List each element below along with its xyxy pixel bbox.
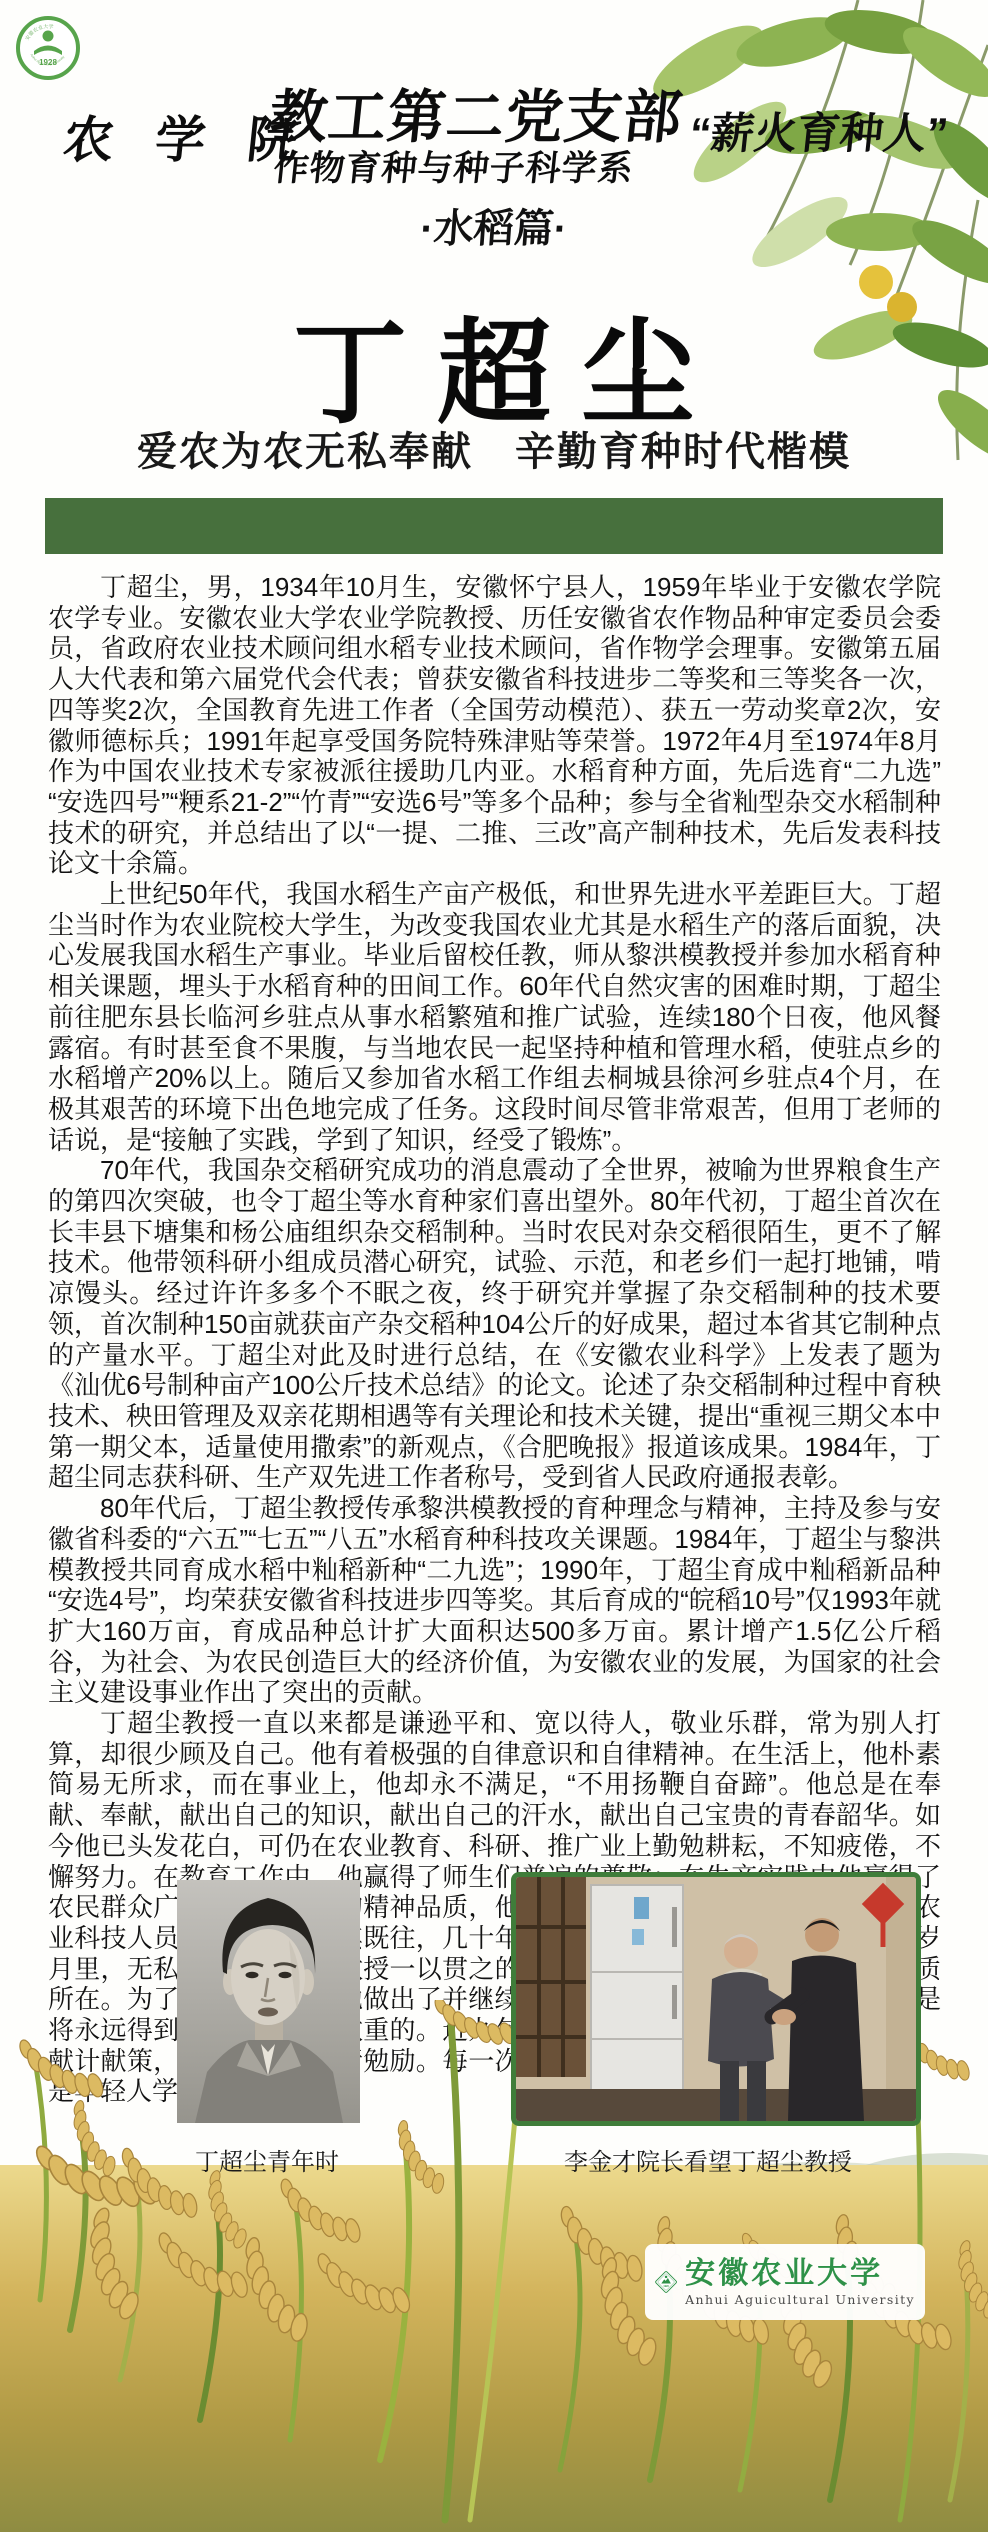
department-title: 作物育种与种子科学系: [271, 141, 636, 191]
left-photo-caption: 丁超尘青年时: [157, 2142, 377, 2177]
poster: 1928 安徽农业大学 Anhui Aguicultural Universit…: [0, 0, 988, 2532]
university-badge-icon: 1928 安徽农业大学 Anhui Aguicultural Universit…: [16, 16, 80, 80]
series-label: ·水稻篇·: [0, 197, 988, 254]
university-diamond-emblem-icon: 1928: [655, 2253, 677, 2311]
young-portrait-photo: [177, 1880, 360, 2123]
paragraph-4: 80年代后，丁超尘教授传承黎洪模教授的育种理念与精神，主持及参与安徽省科委的“六…: [48, 1493, 941, 1708]
university-name-cn: 安徽农业大学: [685, 2258, 915, 2290]
divider-bar: [45, 498, 943, 554]
university-name-en: Anhui Aguicultural University: [685, 2293, 915, 2306]
slogan: “薪火育种人”: [687, 100, 951, 161]
paragraph-3: 70年代，我国杂交稻研究成功的消息震动了全世界，被喻为世界粮食生产的第四次突破，…: [48, 1155, 941, 1493]
university-logo-box: 1928 安徽农业大学 Anhui Aguicultural Universit…: [645, 2244, 925, 2320]
visit-photo: [511, 1872, 921, 2126]
motto-subtitle: 爱农为农无私奉献 辛勤育种时代楷模: [0, 420, 988, 477]
paragraph-2: 上世纪50年代，我国水稻生产亩产极低，和世界先进水平差距巨大。丁超尘当时作为农业…: [48, 879, 941, 1155]
right-photo-caption: 李金才院长看望丁超尘教授: [558, 2142, 858, 2177]
emblem-year: 1928: [663, 2285, 669, 2288]
paragraph-1: 丁超尘，男，1934年10月生，安徽怀宁县人，1959年毕业于安徽农学院农学专业…: [48, 572, 941, 879]
university-name: 安徽农业大学 Anhui Aguicultural University: [685, 2258, 915, 2306]
